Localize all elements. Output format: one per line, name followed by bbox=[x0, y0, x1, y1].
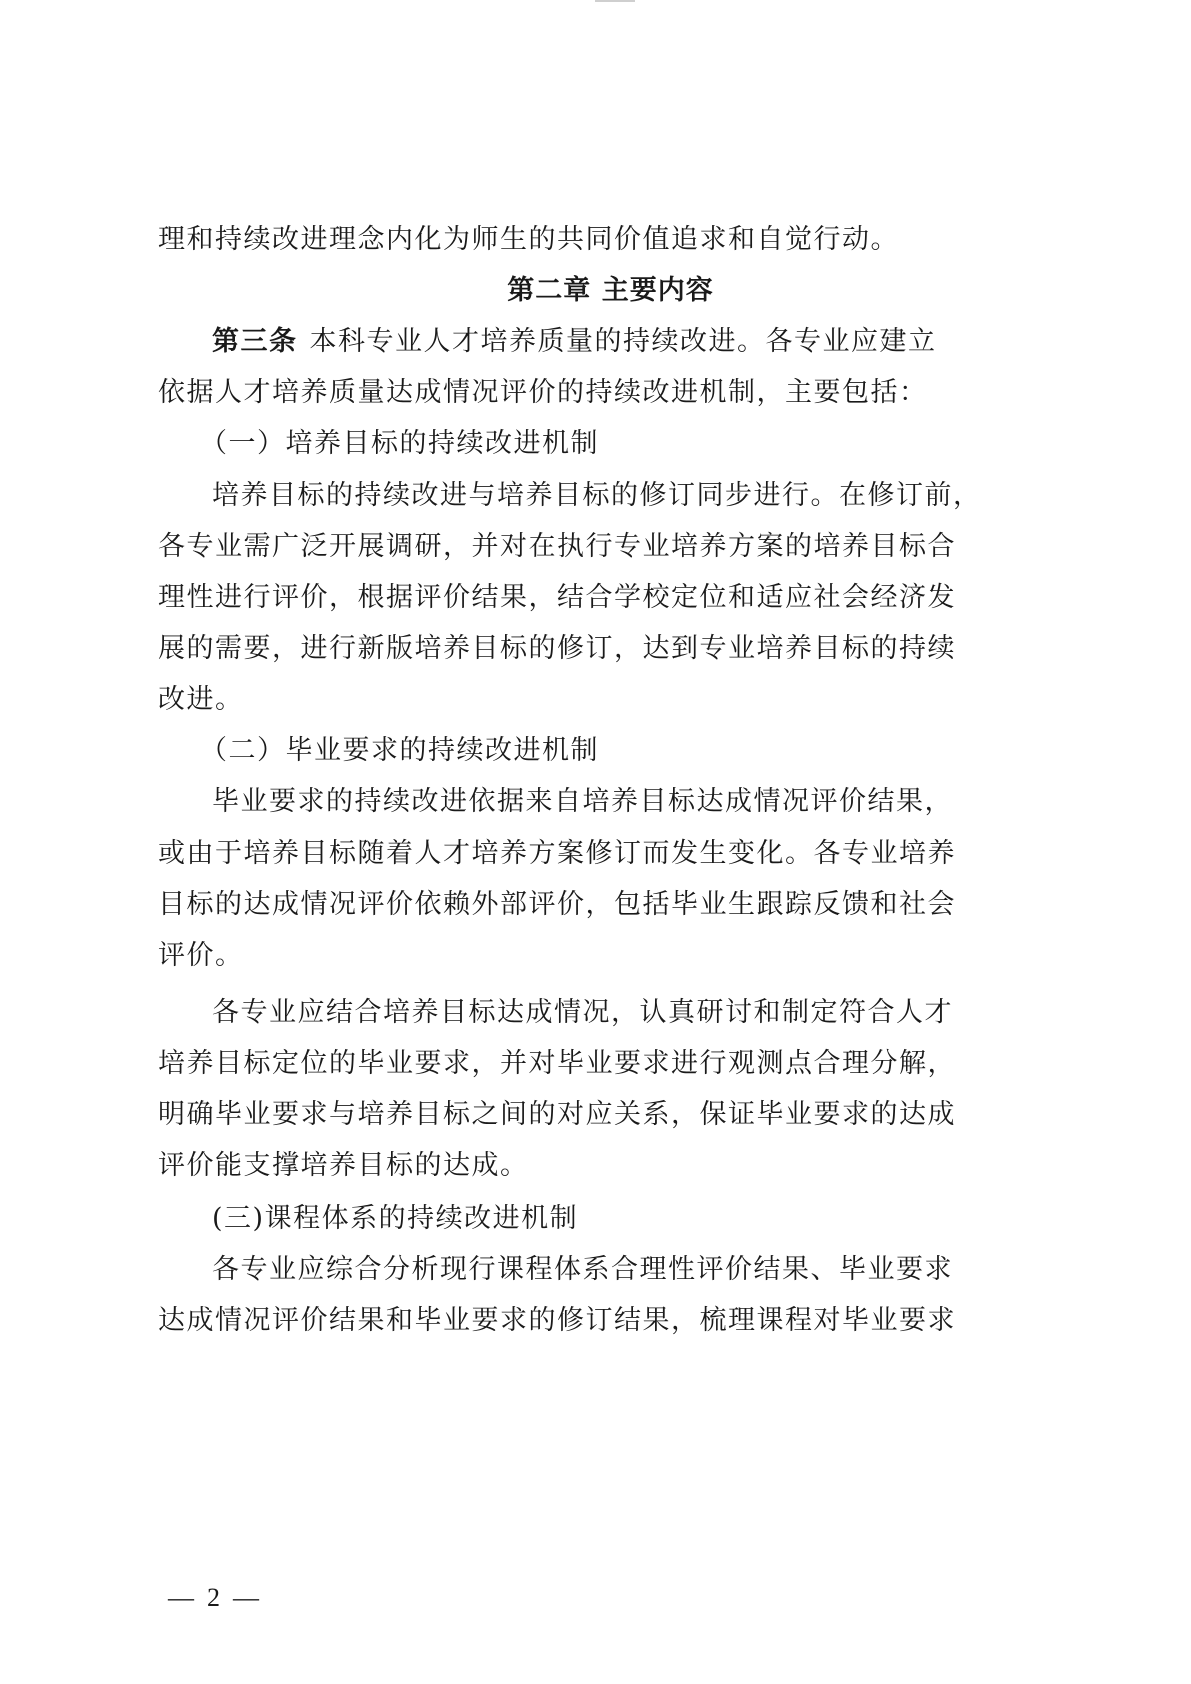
paragraph-line: 明确毕业要求与培养目标之间的对应关系，保证毕业要求的达成 bbox=[158, 1099, 978, 1131]
article-label: 第三条 bbox=[212, 326, 298, 357]
section-3-heading: (三)课程体系的持续改进机制 bbox=[212, 1203, 1032, 1235]
paragraph-line: 展的需要，进行新版培养目标的修订，达到专业培养目标的持续 bbox=[158, 633, 978, 665]
paragraph-line: 各专业应综合分析现行课程体系合理性评价结果、毕业要求 bbox=[212, 1254, 1032, 1286]
page-number: — 2 — bbox=[168, 1582, 259, 1614]
scan-artifact bbox=[595, 0, 635, 2]
article-3-line-2: 依据人才培养质量达成情况评价的持续改进机制，主要包括： bbox=[158, 377, 978, 409]
article-3-line-1: 第三条本科专业人才培养质量的持续改进。各专业应建立 bbox=[212, 326, 1032, 358]
paragraph-line: 培养目标定位的毕业要求，并对毕业要求进行观测点合理分解， bbox=[158, 1048, 978, 1080]
continuation-line: 理和持续改进理念内化为师生的共同价值追求和自觉行动。 bbox=[158, 224, 978, 256]
chapter-heading: 第二章 主要内容 bbox=[0, 275, 1191, 307]
section-1-heading: （一）培养目标的持续改进机制 bbox=[200, 428, 1020, 460]
paragraph-line: 目标的达成情况评价依赖外部评价，包括毕业生跟踪反馈和社会 bbox=[158, 889, 978, 921]
paragraph-line: 各专业需广泛开展调研，并对在执行专业培养方案的培养目标合 bbox=[158, 531, 978, 563]
paragraph-line: 培养目标的持续改进与培养目标的修订同步进行。在修订前， bbox=[212, 480, 1032, 512]
paragraph-line: 各专业应结合培养目标达成情况，认真研讨和制定符合人才 bbox=[212, 997, 1032, 1029]
article-text: 本科专业人才培养质量的持续改进。各专业应建立 bbox=[310, 326, 937, 357]
paragraph-line: 改进。 bbox=[158, 684, 978, 716]
section-2-heading: （二）毕业要求的持续改进机制 bbox=[200, 735, 1020, 767]
paragraph-line: 理性进行评价，根据评价结果，结合学校定位和适应社会经济发 bbox=[158, 582, 978, 614]
paragraph-line: 毕业要求的持续改进依据来自培养目标达成情况评价结果， bbox=[212, 786, 1032, 818]
paragraph-line: 达成情况评价结果和毕业要求的修订结果，梳理课程对毕业要求 bbox=[158, 1305, 978, 1337]
document-page: 理和持续改进理念内化为师生的共同价值追求和自觉行动。 第二章 主要内容 第三条本… bbox=[0, 0, 1191, 1684]
paragraph-line: 评价能支撑培养目标的达成。 bbox=[158, 1150, 978, 1182]
paragraph-line: 评价。 bbox=[158, 940, 978, 972]
paragraph-line: 或由于培养目标随着人才培养方案修订而发生变化。各专业培养 bbox=[158, 838, 978, 870]
